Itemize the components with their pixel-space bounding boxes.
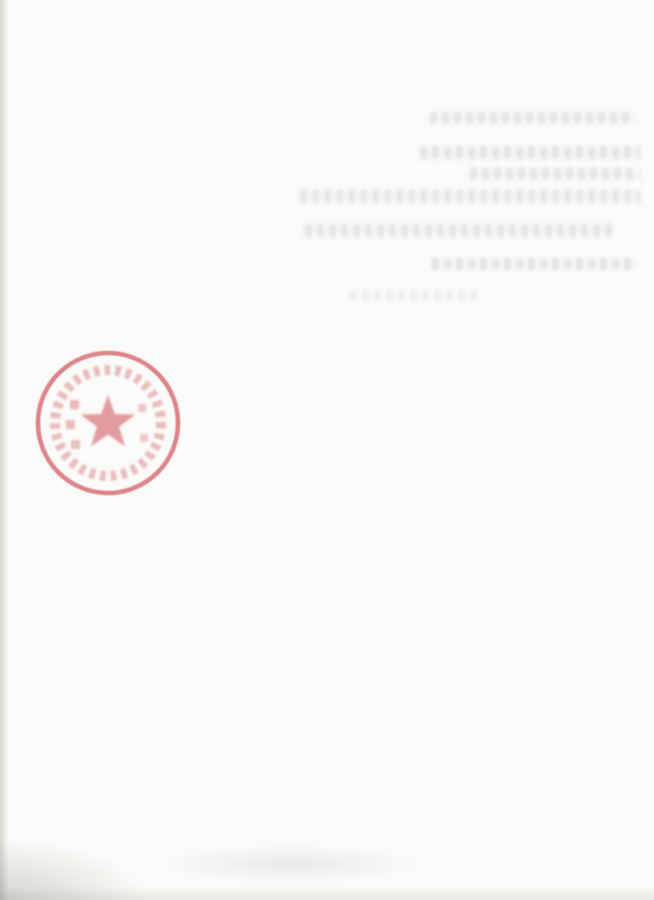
seal-mark — [138, 404, 146, 412]
seal-mark — [70, 400, 79, 409]
seal-mark — [66, 420, 75, 429]
seal-ring-text — [55, 370, 161, 476]
bleedthrough-artifact — [305, 224, 615, 237]
document-body — [0, 104, 654, 115]
bleedthrough-artifact — [420, 146, 640, 159]
bleedthrough-artifact — [300, 190, 640, 203]
seal-ring — [38, 353, 178, 493]
scan-edge-shadow-left — [0, 0, 9, 900]
document-page — [0, 0, 654, 900]
bleedthrough-artifact — [432, 258, 637, 270]
official-seal-stamp — [26, 342, 190, 506]
scan-edge-shadow-bottom — [0, 886, 654, 900]
bleedthrough-artifact — [470, 168, 640, 180]
seal-star-icon — [81, 395, 135, 446]
seal-mark — [71, 440, 80, 449]
scan-edge-shadow-corner — [0, 838, 150, 900]
bleedthrough-artifact — [350, 290, 480, 300]
seal-mark — [140, 434, 148, 442]
scan-smudge — [150, 845, 430, 883]
